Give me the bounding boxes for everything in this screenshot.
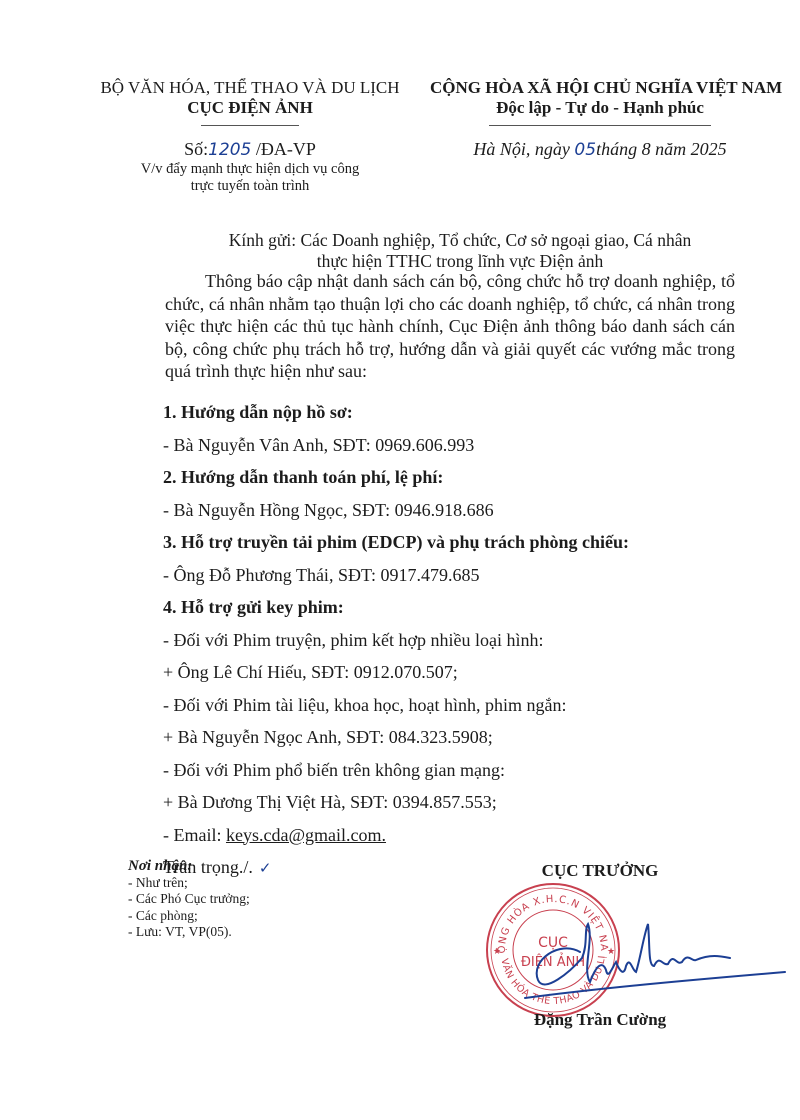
header-left: BỘ VĂN HÓA, THỂ THAO VÀ DU LỊCH CỤC ĐIỆN… <box>100 78 400 195</box>
handwritten-number: 1205 <box>208 140 251 160</box>
signer-title: CỤC TRƯỞNG <box>470 861 730 881</box>
recipient-item: - Lưu: VT, VP(05). <box>128 924 250 941</box>
divider <box>201 125 299 126</box>
signature-icon <box>520 910 790 1020</box>
subject-line-1: V/v đẩy mạnh thực hiện dịch vụ công <box>100 161 400 178</box>
contact-line: - Đối với Phim truyện, phim kết hợp nhiề… <box>163 624 743 657</box>
contact-list: 1. Hướng dẫn nộp hồ sơ: - Bà Nguyễn Vân … <box>163 396 743 884</box>
header-right: CỘNG HÒA XÃ HỘI CHỦ NGHĨA VIỆT NAM Độc l… <box>430 78 770 161</box>
intro-paragraph: Thông báo cập nhật danh sách cán bộ, côn… <box>165 270 735 383</box>
section-title: 1. Hướng dẫn nộp hồ sơ: <box>163 396 743 429</box>
contact-line: - Ông Đỗ Phương Thái, SĐT: 0917.479.685 <box>163 559 743 592</box>
contact-line: + Bà Nguyễn Ngọc Anh, SĐT: 084.323.5908; <box>163 721 743 754</box>
section-title: 3. Hỗ trợ truyền tải phim (EDCP) và phụ … <box>163 526 743 559</box>
motto: Độc lập - Tự do - Hạnh phúc <box>430 98 770 118</box>
recipients-title: Nơi nhận: <box>128 858 250 875</box>
ministry-name: BỘ VĂN HÓA, THỂ THAO VÀ DU LỊCH <box>100 78 400 98</box>
divider <box>489 125 711 126</box>
contact-line: - Đối với Phim phổ biến trên không gian … <box>163 754 743 787</box>
department-name: CỤC ĐIỆN ẢNH <box>100 98 400 118</box>
contact-line: - Bà Nguyễn Hồng Ngọc, SĐT: 0946.918.686 <box>163 494 743 527</box>
recipients-block: Nơi nhận: - Như trên; - Các Phó Cục trưở… <box>128 858 250 941</box>
initial-mark-icon: ✓ <box>259 859 272 877</box>
contact-line: - Đối với Phim tài liệu, khoa học, hoạt … <box>163 689 743 722</box>
contact-line: + Bà Dương Thị Việt Hà, SĐT: 0394.857.55… <box>163 786 743 819</box>
recipient-item: - Như trên; <box>128 875 250 892</box>
contact-line: - Bà Nguyễn Vân Anh, SĐT: 0969.606.993 <box>163 429 743 462</box>
recipient: Kính gửi: Các Doanh nghiệp, Tổ chức, Cơ … <box>150 230 770 272</box>
document-date: Hà Nội, ngày 05tháng 8 năm 2025 <box>430 138 770 161</box>
email-line: - Email: keys.cda@gmail.com. <box>163 819 743 852</box>
signer-name: Đặng Trần Cường <box>470 1010 730 1030</box>
subject-line-2: trực tuyến toàn trình <box>100 178 400 195</box>
contact-line: + Ông Lê Chí Hiếu, SĐT: 0912.070.507; <box>163 656 743 689</box>
section-title: 4. Hỗ trợ gửi key phim: <box>163 591 743 624</box>
country-name: CỘNG HÒA XÃ HỘI CHỦ NGHĨA VIỆT NAM <box>430 78 770 98</box>
section-title: 2. Hướng dẫn thanh toán phí, lệ phí: <box>163 461 743 494</box>
document-number: Số:1205 /ĐA-VP <box>100 138 400 161</box>
email-link[interactable]: keys.cda@gmail.com. <box>226 825 386 845</box>
svg-text:★: ★ <box>493 947 501 957</box>
recipient-item: - Các Phó Cục trưởng; <box>128 891 250 908</box>
recipient-item: - Các phòng; <box>128 908 250 925</box>
handwritten-day: 05 <box>574 140 596 160</box>
